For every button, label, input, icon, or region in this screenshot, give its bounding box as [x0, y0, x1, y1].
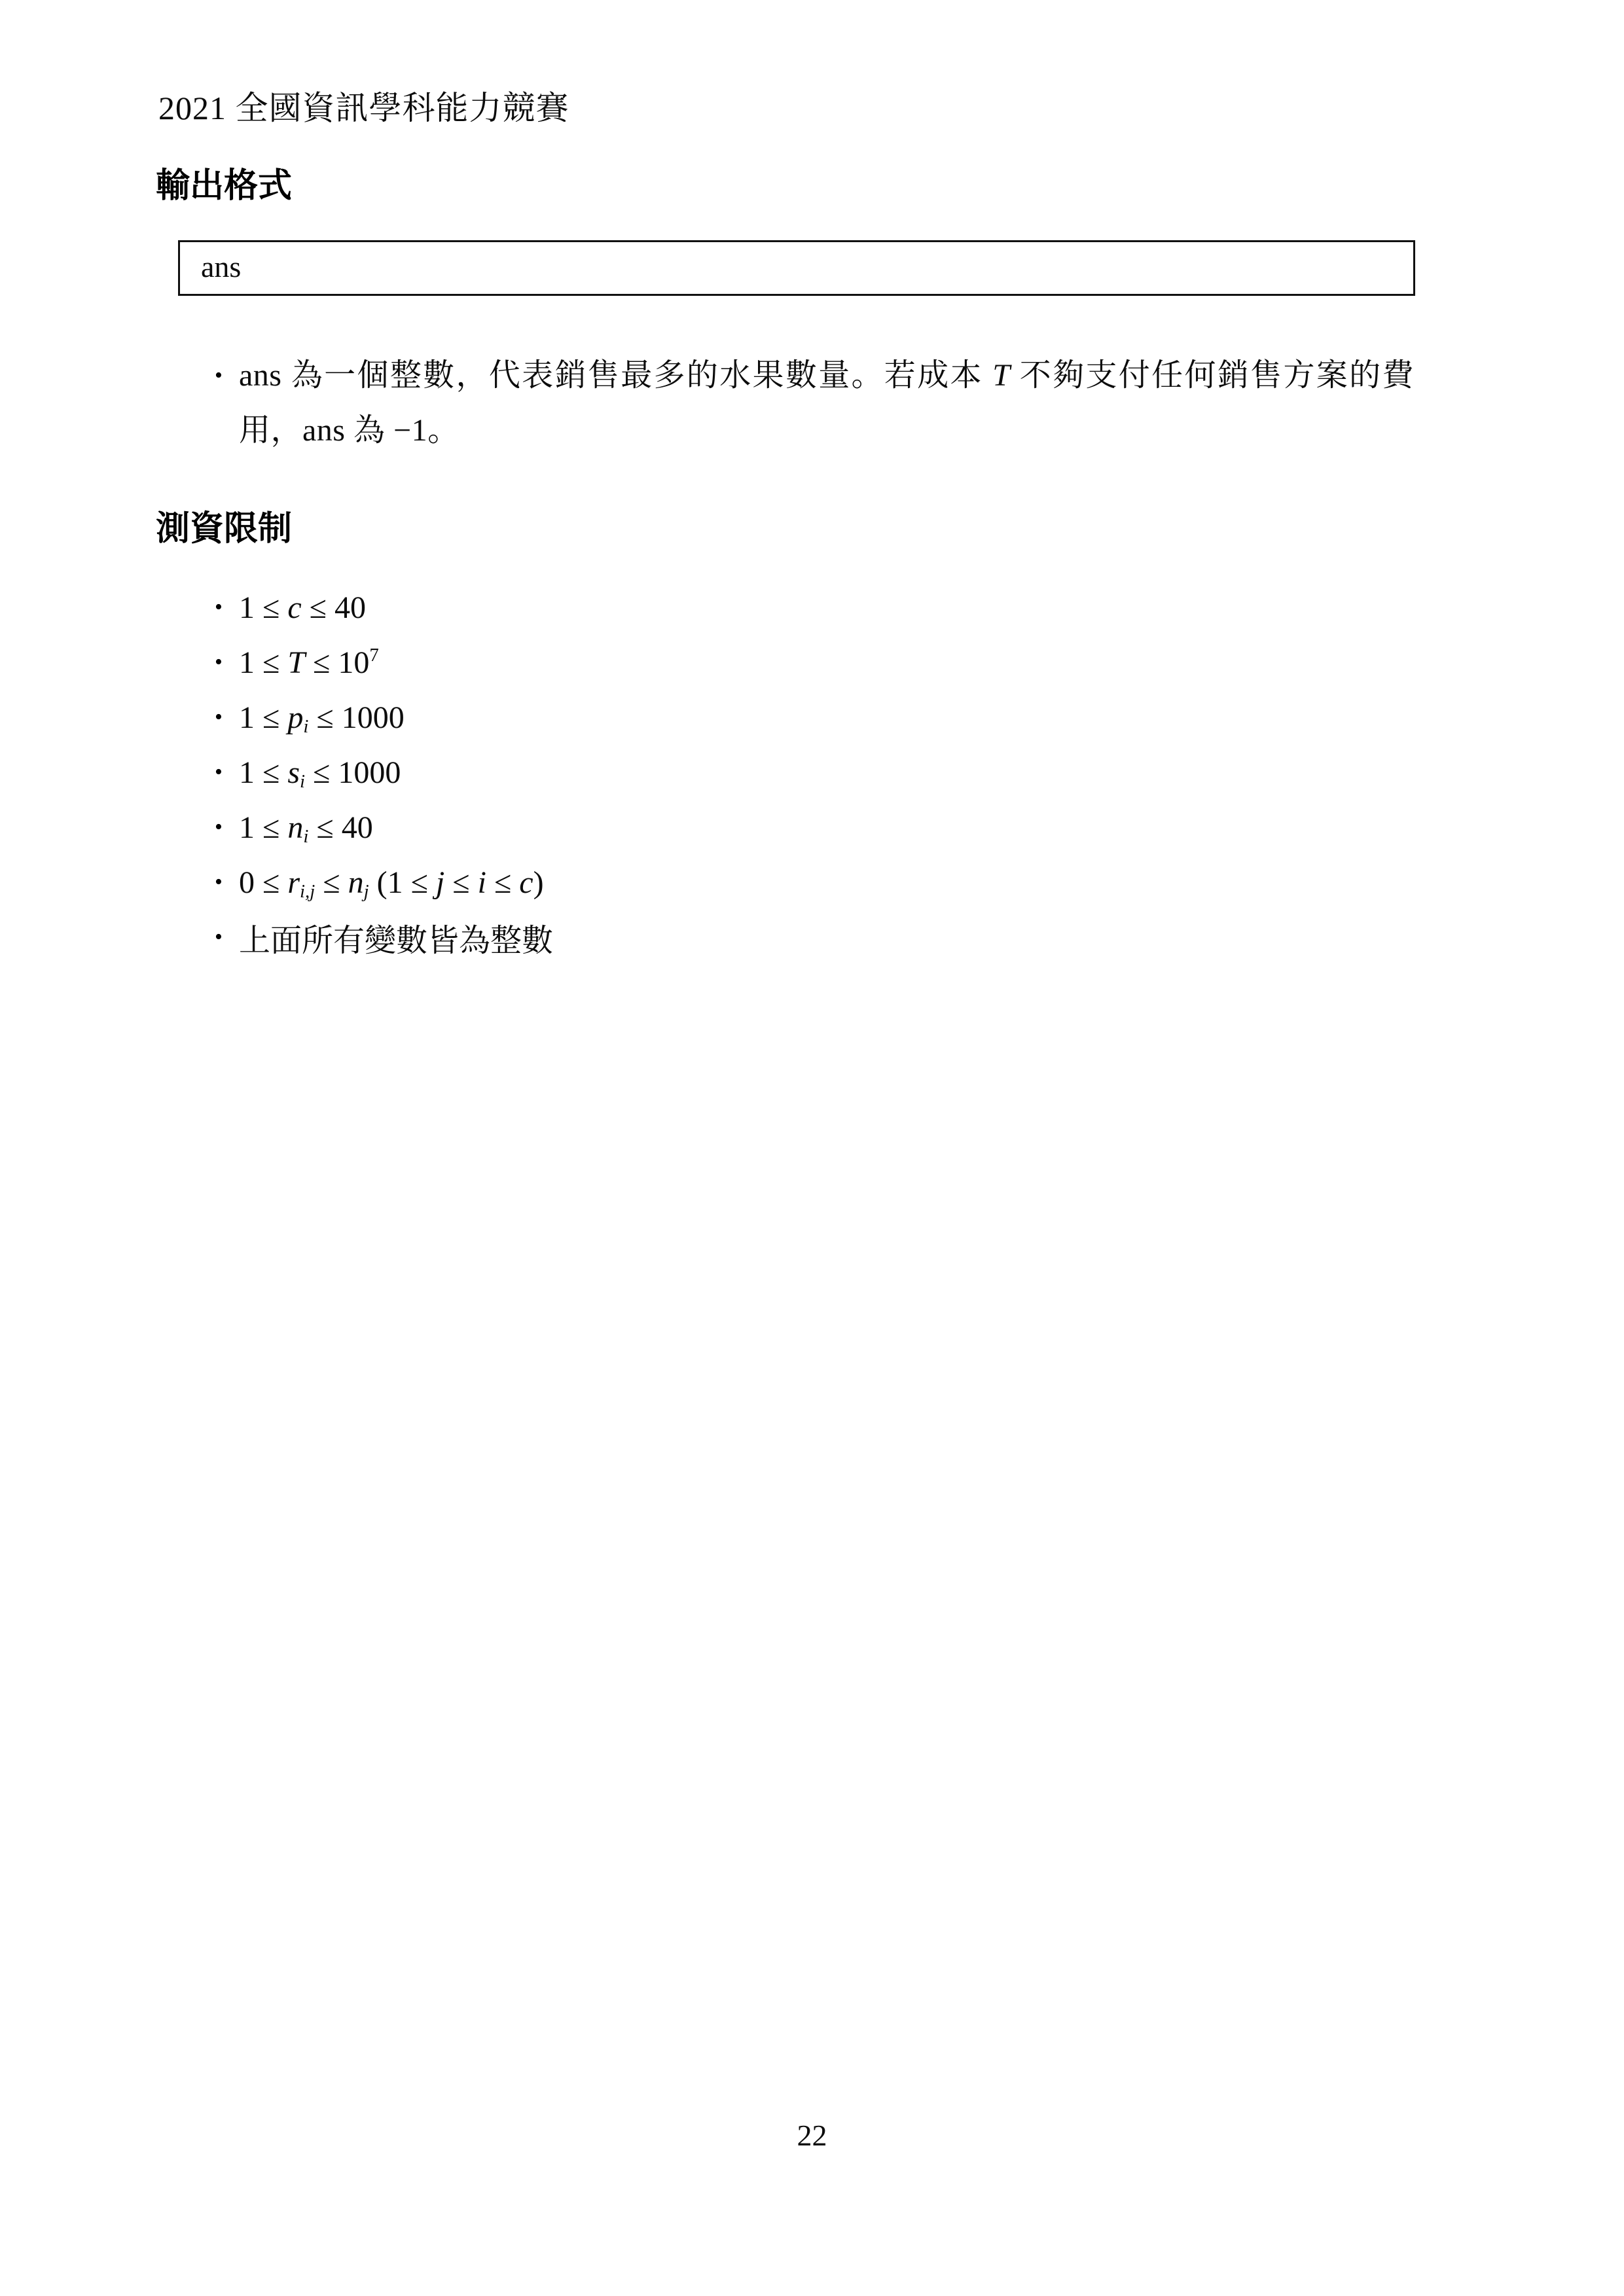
section-heading-constraints: 測資限制: [156, 512, 292, 546]
bullet-icon: •: [215, 348, 239, 403]
document-page: 2021 全國資訊學科能力競賽 輸出格式 ans • ans 為一個整數，代表銷…: [0, 0, 1624, 2296]
constraint-math: 1 ≤ T ≤ 107: [239, 645, 379, 681]
constraint-item: • 1 ≤ si ≤ 1000: [215, 745, 1414, 800]
doc-header-title: 2021 全國資訊學科能力競賽: [158, 90, 569, 126]
bullet-icon: •: [215, 635, 239, 690]
output-description-text: ans 為一個整數，代表銷售最多的水果數量。若成本 T 不夠支付任何銷售方案的費…: [239, 348, 1414, 458]
constraint-math: 1 ≤ ni ≤ 40: [239, 810, 373, 846]
constraint-item: • 1 ≤ pi ≤ 1000: [215, 690, 1414, 745]
section-heading-output-format: 輸出格式: [156, 169, 292, 203]
constraint-math: 0 ≤ ri,j ≤ nj (1 ≤ j ≤ i ≤ c): [239, 865, 544, 901]
constraint-math: 1 ≤ c ≤ 40: [239, 590, 366, 626]
output-format-box: ans: [178, 240, 1415, 296]
constraint-math: 1 ≤ pi ≤ 1000: [239, 700, 405, 736]
constraint-item: • 上面所有變數皆為整數: [215, 910, 1414, 965]
constraint-math: 1 ≤ si ≤ 1000: [239, 755, 401, 791]
bullet-icon: •: [215, 910, 239, 965]
output-box-text: ans: [180, 249, 241, 287]
bullet-icon: •: [215, 800, 239, 855]
bullet-icon: •: [215, 690, 239, 745]
constraint-item: • 0 ≤ ri,j ≤ nj (1 ≤ j ≤ i ≤ c): [215, 855, 1414, 910]
output-description-item: • ans 為一個整數，代表銷售最多的水果數量。若成本 T 不夠支付任何銷售方案…: [215, 348, 1414, 458]
page-number: 22: [0, 2118, 1624, 2153]
constraint-item: • 1 ≤ ni ≤ 40: [215, 800, 1414, 855]
constraint-math: 上面所有變數皆為整數: [239, 915, 553, 960]
constraints-list: • 1 ≤ c ≤ 40 • 1 ≤ T ≤ 107 • 1 ≤ pi ≤ 10…: [215, 580, 1414, 965]
bullet-icon: •: [215, 855, 239, 910]
constraint-item: • 1 ≤ c ≤ 40: [215, 580, 1414, 635]
constraint-item: • 1 ≤ T ≤ 107: [215, 635, 1414, 690]
bullet-icon: •: [215, 580, 239, 635]
bullet-icon: •: [215, 745, 239, 800]
